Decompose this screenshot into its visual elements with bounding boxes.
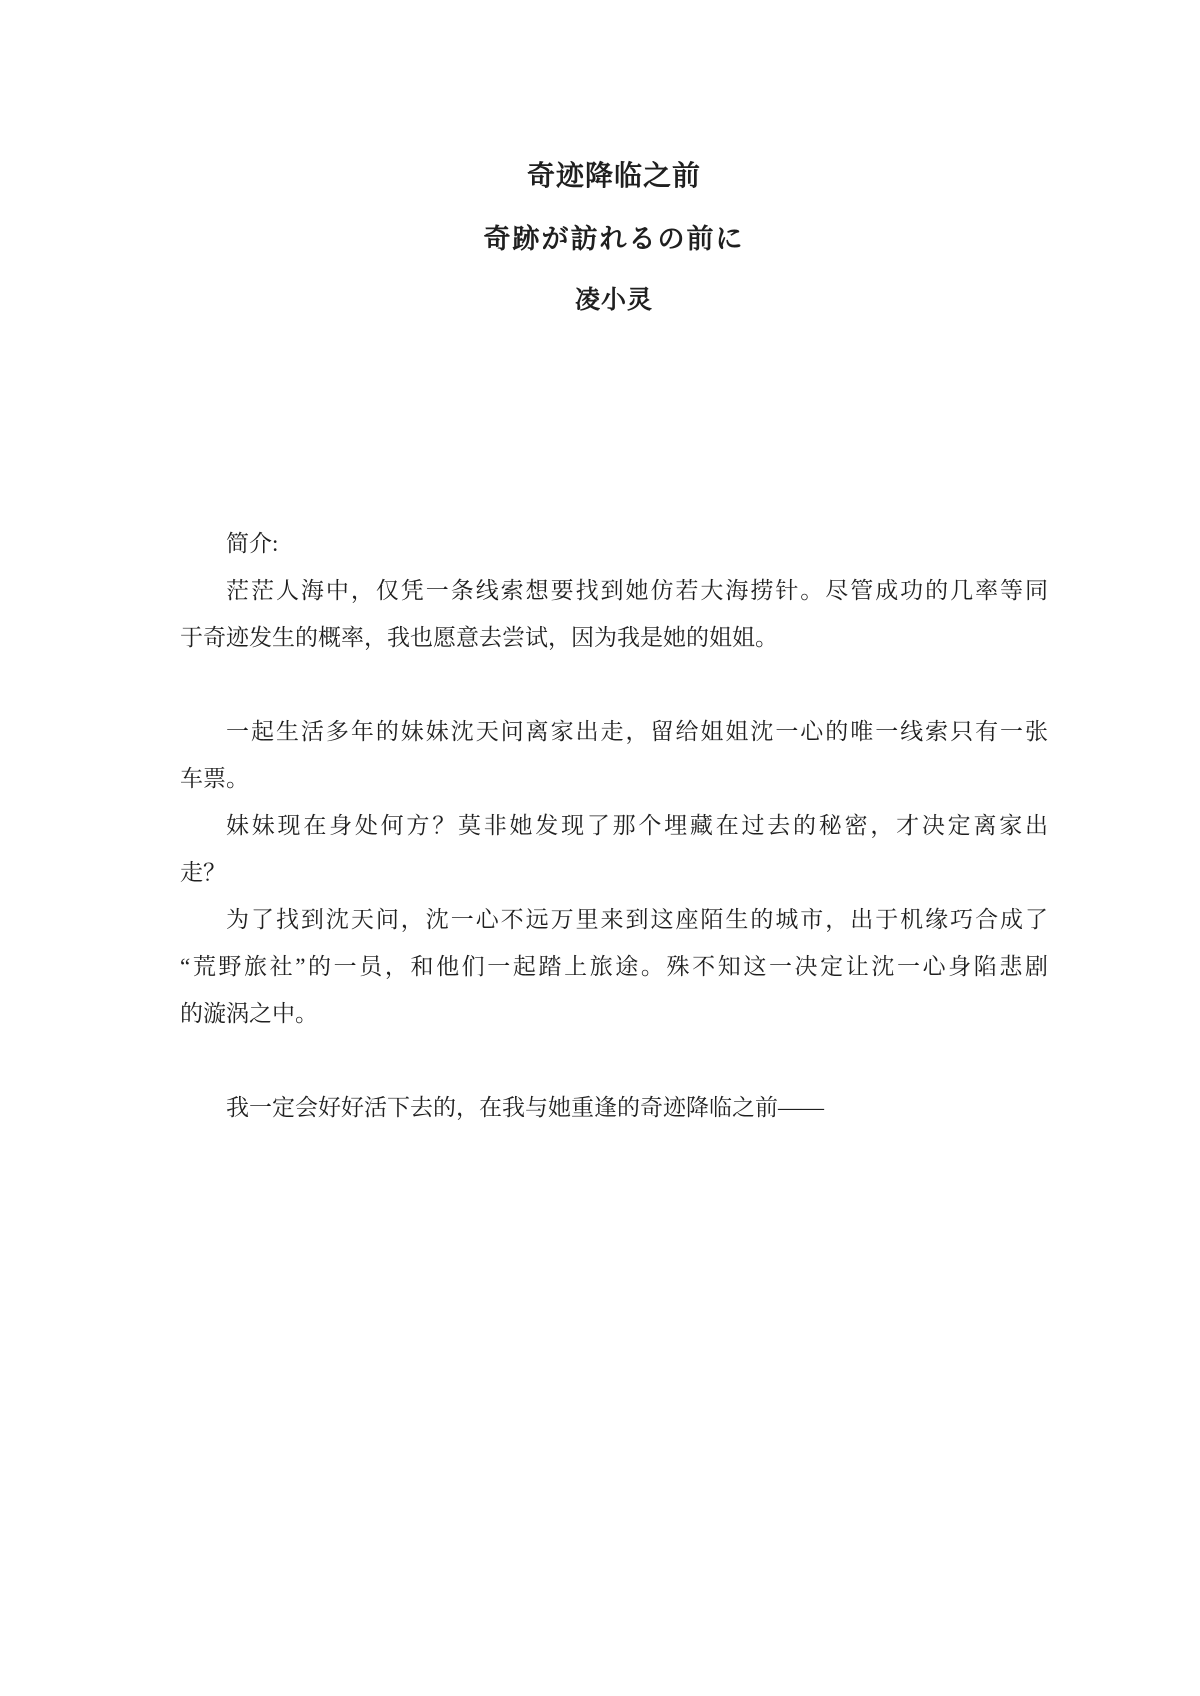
document-subtitle-japanese: 奇跡が訪れるの前に xyxy=(180,208,1048,270)
document-title: 奇迹降临之前 xyxy=(180,146,1048,208)
synopsis-text-line: 于奇迹发生的概率，我也愿意去尝试，因为我是她的姐姐。 xyxy=(180,614,1048,661)
synopsis-label: 简介: xyxy=(180,520,1048,567)
synopsis-text-line: 一起生活多年的妹妹沈天问离家出走，留给姐姐沈一心的唯一线索只有一张 xyxy=(180,708,1048,755)
synopsis-text-line: 茫茫人海中，仅凭一条线索想要找到她仿若大海捞针。尽管成功的几率等同 xyxy=(180,567,1048,614)
document-author: 凌小灵 xyxy=(180,270,1048,332)
synopsis-text-line: 车票。 xyxy=(180,755,1048,802)
synopsis-section: 简介: 茫茫人海中，仅凭一条线索想要找到她仿若大海捞针。尽管成功的几率等同 于奇… xyxy=(180,520,1048,1131)
synopsis-text-line: 为了找到沈天问，沈一心不远万里来到这座陌生的城市，出于机缘巧合成了 xyxy=(180,896,1048,943)
title-block: 奇迹降临之前 奇跡が訪れるの前に 凌小灵 xyxy=(180,146,1048,332)
document-page: 奇迹降临之前 奇跡が訪れるの前に 凌小灵 简介: 茫茫人海中，仅凭一条线索想要找… xyxy=(0,0,1200,1696)
blank-line xyxy=(180,661,1048,708)
synopsis-text-line: 妹妹现在身处何方？莫非她发现了那个埋藏在过去的秘密，才决定离家出 xyxy=(180,802,1048,849)
synopsis-text-line: 的漩涡之中。 xyxy=(180,990,1048,1037)
blank-line xyxy=(180,1037,1048,1084)
synopsis-text-line: “荒野旅社”的一员，和他们一起踏上旅途。殊不知这一决定让沈一心身陷悲剧 xyxy=(180,943,1048,990)
synopsis-text-line: 走？ xyxy=(180,849,1048,896)
synopsis-closing-line: 我一定会好好活下去的，在我与她重逢的奇迹降临之前—— xyxy=(180,1084,1048,1131)
